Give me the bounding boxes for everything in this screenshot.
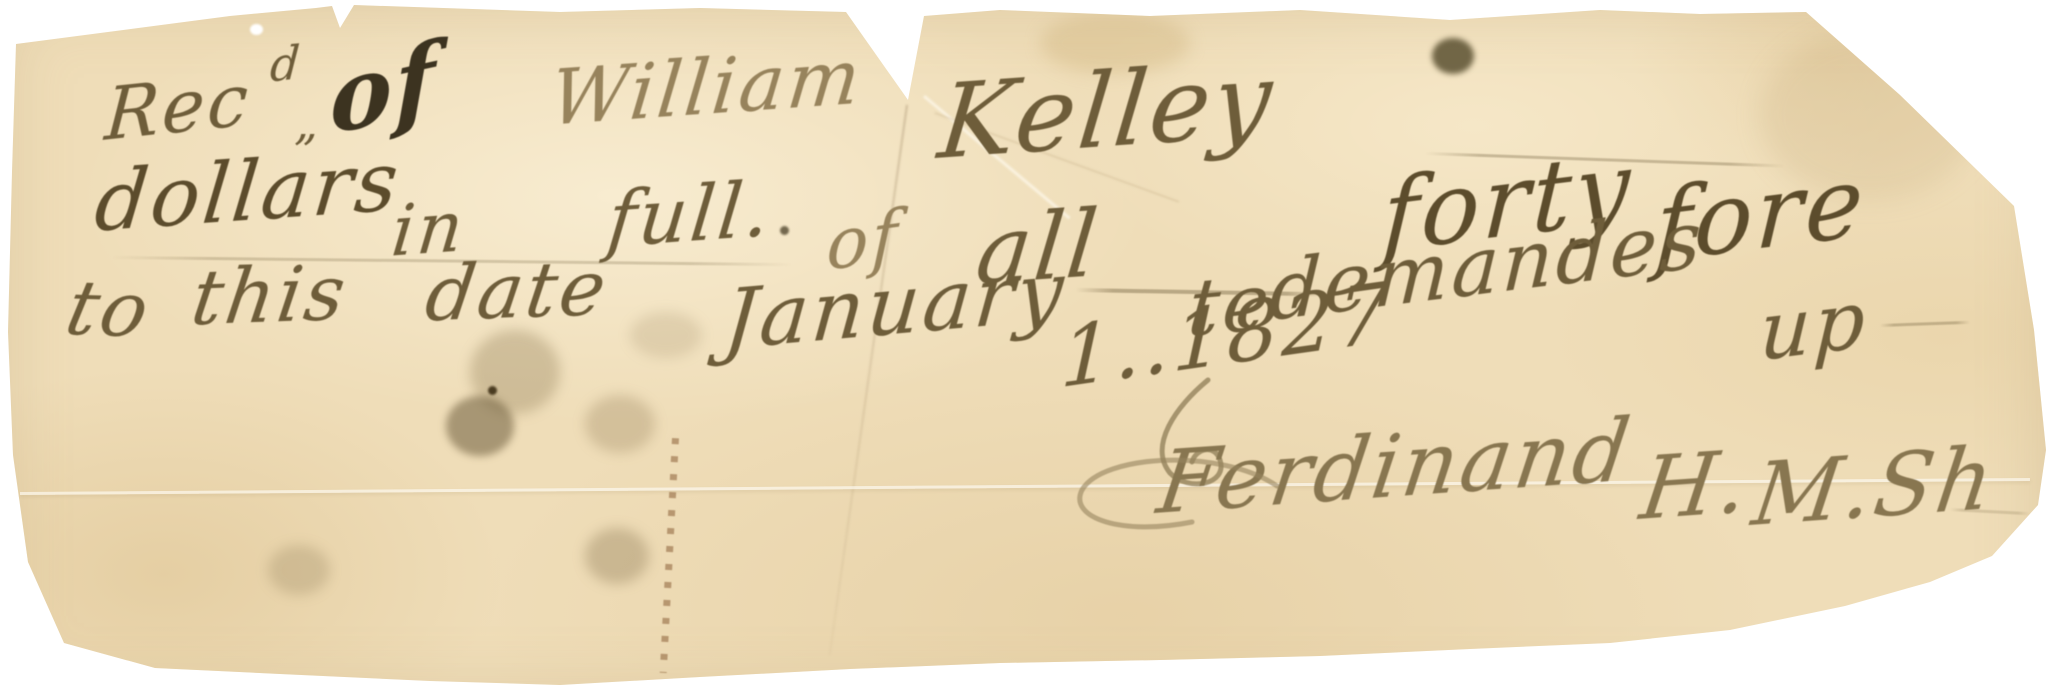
word-dollars: dollars: [91, 141, 404, 245]
word-to: to: [60, 270, 158, 348]
word-up: up: [1758, 279, 1870, 373]
signature-last-name: M.Sh: [1748, 435, 2001, 539]
signature-initial: H.: [1636, 438, 1756, 533]
word-full: full.: [604, 170, 777, 258]
ink-flourish-signature-loop: [1062, 452, 1292, 547]
word-william: William: [547, 38, 867, 137]
handwriting-layer: Rec d „ of William Kelley forty fore dol…: [0, 0, 2048, 700]
pen-stroke: [1880, 321, 1970, 327]
word-rec-superscript: d: [269, 39, 305, 89]
word-january: January: [721, 250, 1070, 363]
scanned-receipt: Rec d „ of William Kelley forty fore dol…: [0, 0, 2048, 700]
word-of: of: [330, 29, 438, 149]
word-rec: Rec: [103, 63, 253, 151]
word-this: this: [187, 255, 352, 337]
word-kelley: Kelley: [934, 49, 1279, 175]
